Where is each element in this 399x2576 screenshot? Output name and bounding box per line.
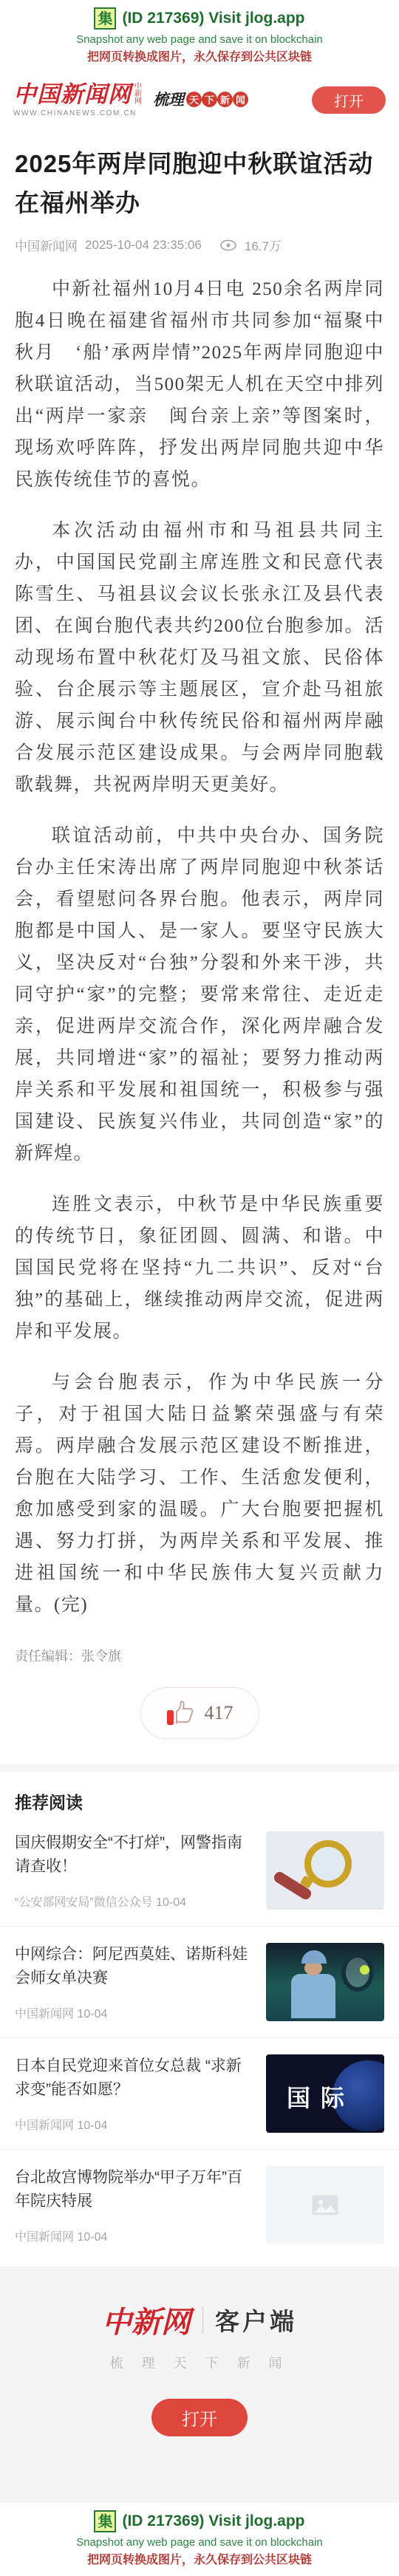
banner-subtitle-en: Snapshot any web page and save it on blo… [0, 33, 399, 46]
article-paragraph: 与会台胞表示，作为中华民族一分子，对于祖国大陆日益繁荣强盛与有荣焉。两岸融合发展… [15, 1367, 384, 1621]
slogan-seal: 闻 [233, 92, 248, 107]
recommend-item[interactable]: 国庆假期安全“不打烊”，网警指南请查收！ “公安部网安局”微信公众号 10-04 [0, 1815, 399, 1926]
eye-icon [219, 239, 237, 251]
recommend-item-thumbnail [266, 1943, 384, 2021]
recommend-item[interactable]: 台北故宫博物院举办“甲子万年”百年院庆特展 中国新闻网 10-04 [0, 2149, 399, 2261]
promo-client-label: 客户端 [215, 2303, 297, 2337]
tennis-racket-icon [341, 1953, 374, 1992]
banner-subtitle-cn: 把网页转换成图片，永久保存到公共区块链 [0, 47, 399, 64]
recommend-item-title: 中网综合：阿尼西莫娃、诺斯科娃会师女单决赛 [15, 1943, 254, 1990]
slogan-seal: 天 [186, 92, 202, 107]
chinanews-logo-text: 中国新闻网 [13, 82, 132, 107]
recommend-item-title: 台北故宫博物院举办“甲子万年”百年院庆特展 [15, 2166, 254, 2213]
world-label: 国际 [266, 2080, 365, 2114]
chinanews-url: WWW.CHINANEWS.COM.CN [13, 109, 143, 117]
recommend-item-thumbnail [266, 2166, 384, 2244]
view-count: 16.7万 [245, 236, 282, 254]
slogan-prefix: 梳理 [153, 88, 184, 110]
recommend-item-thumbnail [266, 1831, 384, 1910]
chinanews-logo-side: 中新网 [134, 82, 143, 106]
slogan-seal: 新 [217, 92, 233, 107]
article: 2025年两岸同胞迎中秋联谊活动在福州举办 中国新闻网 2025-10-04 2… [0, 144, 399, 1665]
like-count: 417 [205, 1702, 233, 1724]
article-body: 中新社福州10月4日电 250余名两岸同胞4日晚在福建省福州市共同参加“福聚中秋… [15, 273, 384, 1621]
tennis-player-shape [291, 1974, 335, 2018]
banner-subtitle-cn: 把网页转换成图片，永久保存到公共区块链 [0, 2550, 399, 2567]
slogan-seal: 下 [202, 92, 217, 107]
article-datetime: 2025-10-04 23:35:06 [85, 238, 202, 253]
tennis-player-cap [301, 1950, 327, 1964]
recommend-item[interactable]: 中网综合：阿尼西莫娃、诺斯科娃会师女单决赛 中国新闻网 10-04 [0, 1926, 399, 2037]
promo-logo-text: 中新网 [102, 2299, 191, 2341]
magnifier-icon [304, 1840, 352, 1887]
banner-id-link[interactable]: (ID 217369) Visit jlog.app [122, 10, 304, 27]
article-paragraph: 本次活动由福州市和马祖县共同主办，中国国民党副主席连胜文和民意代表陈雪生、马祖县… [15, 515, 384, 801]
article-paragraph: 联谊活动前，中共中央台办、国务院台办主任宋涛出席了两岸同胞迎中秋茶话会，看望慰问… [15, 820, 384, 1169]
slogan-seals: 天下新闻 [186, 92, 248, 107]
chinanews-logo[interactable]: 中国新闻网 中新网 WWW.CHINANEWS.COM.CN [13, 82, 143, 117]
promo-divider [202, 2307, 203, 2334]
editor-line: 责任编辑：张令旗 [15, 1646, 384, 1665]
recommend-item-source: 中国新闻网 10-04 [15, 2105, 254, 2133]
open-app-button-header[interactable]: 打开 [312, 86, 386, 114]
recommend-item-title: 日本自民党迎来首位女总裁 “求新求变”能否如愿？ [15, 2054, 254, 2102]
article-meta: 中国新闻网 2025-10-04 23:35:06 16.7万 [15, 236, 384, 254]
recommend-item-title: 国庆假期安全“不打烊”，网警指南请查收！ [15, 1831, 254, 1879]
article-source: 中国新闻网 [15, 236, 78, 254]
header-slogan: 梳理 天下新闻 [153, 82, 248, 110]
banner-subtitle-en: Snapshot any web page and save it on blo… [0, 2536, 399, 2549]
open-app-button-footer[interactable]: 打开 [151, 2399, 248, 2436]
recommend-list: 国庆假期安全“不打烊”，网警指南请查收！ “公安部网安局”微信公众号 10-04… [0, 1815, 399, 2261]
recommend-item-source: “公安部网安局”微信公众号 10-04 [15, 1882, 254, 1910]
section-divider [0, 1764, 399, 1772]
recommend-item-thumbnail: 国际 [266, 2054, 384, 2133]
recommend-item-source: 中国新闻网 10-04 [15, 1994, 254, 2021]
app-promo: 中新网 客户端 梳 理 天 下 新 闻 打开 [0, 2266, 399, 2503]
promo-slogan: 梳 理 天 下 新 闻 [0, 2353, 399, 2372]
thumbs-up-icon [166, 1700, 196, 1726]
tennis-ball-icon [360, 1965, 369, 1975]
banner-id-link[interactable]: (ID 217369) Visit jlog.app [122, 2512, 304, 2530]
article-title: 2025年两岸同胞迎中秋联谊活动在福州举办 [15, 144, 384, 222]
recommend-heading: 推荐阅读 [15, 1789, 384, 1814]
article-paragraph: 连胜文表示，中秋节是中华民族重要的传统节日，象征团圆、圆满、和谐。中国国民党将在… [15, 1189, 384, 1347]
article-paragraph: 中新社福州10月4日电 250余名两岸同胞4日晚在福建省福州市共同参加“福聚中秋… [15, 273, 384, 496]
site-header: 中国新闻网 中新网 WWW.CHINANEWS.COM.CN 梳理 天下新闻 打… [0, 73, 399, 125]
ji-badge-icon: 集 [94, 7, 116, 30]
recommend-item-source: 中国新闻网 10-04 [15, 2217, 254, 2244]
blockchain-banner-bottom[interactable]: 集 (ID 217369) Visit jlog.app Snapshot an… [0, 2503, 399, 2576]
ji-badge-icon: 集 [94, 2510, 116, 2532]
like-button[interactable]: 417 [140, 1687, 259, 1739]
recommend-item[interactable]: 日本自民党迎来首位女总裁 “求新求变”能否如愿？ 中国新闻网 10-04 国际 [0, 2037, 399, 2149]
image-placeholder-icon [311, 2194, 339, 2216]
blockchain-banner-top[interactable]: 集 (ID 217369) Visit jlog.app Snapshot an… [0, 0, 399, 73]
